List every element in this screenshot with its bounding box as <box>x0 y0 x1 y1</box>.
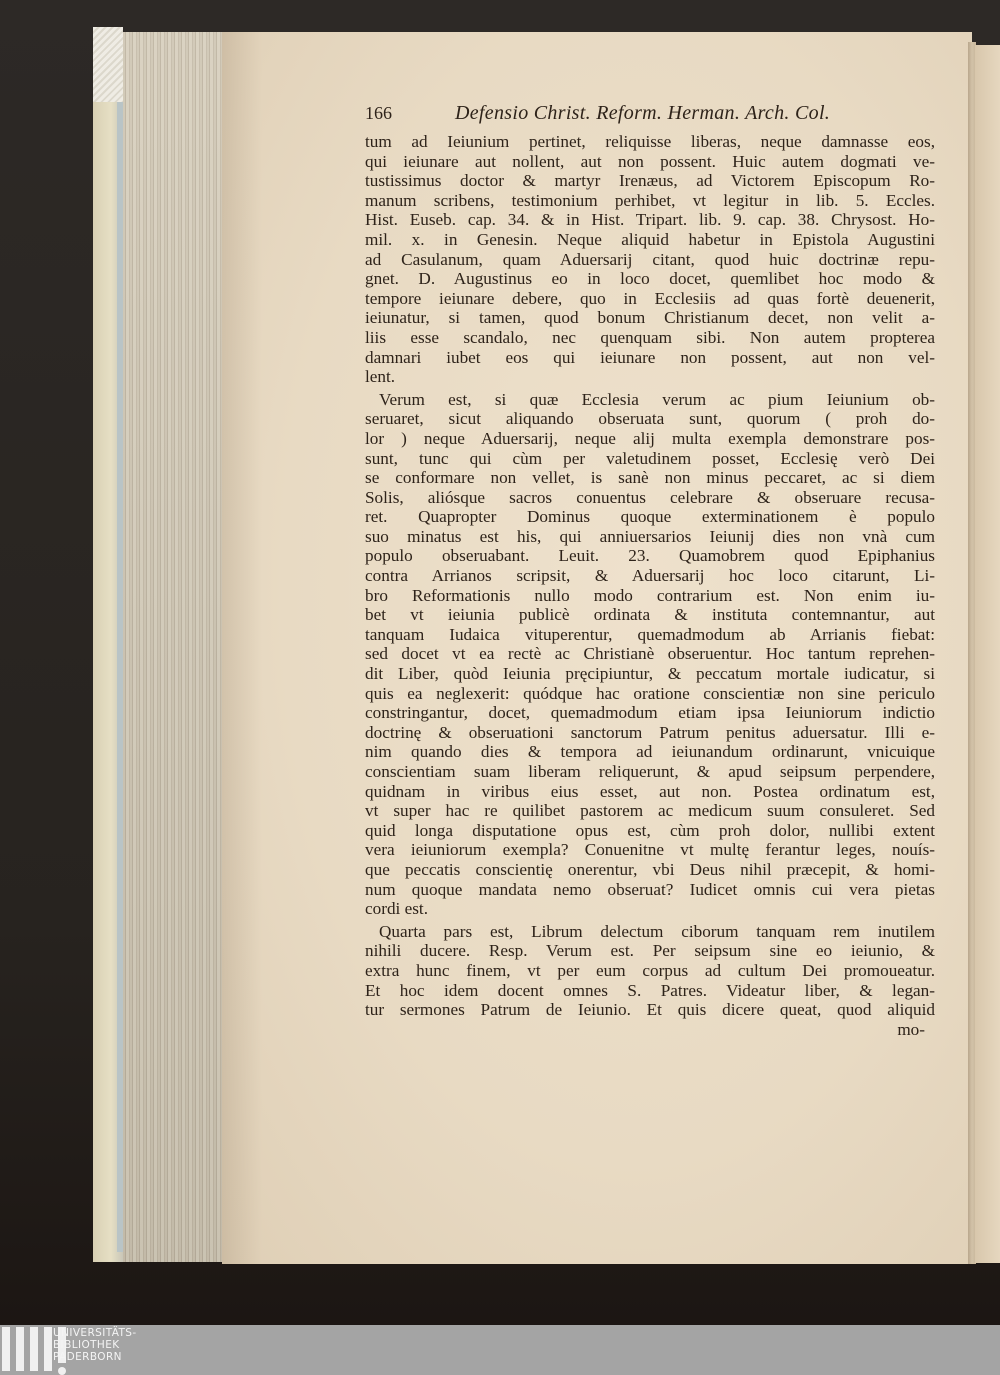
text-line: suo minatus est his, qui anniuersarios I… <box>365 527 935 547</box>
library-logo-text: UNIVERSITÄTS- BIBLIOTHEK PADERBORN <box>53 1327 137 1363</box>
catchword: mo- <box>365 1020 935 1040</box>
text-line: quis ea neglexerit: quódque hac oratione… <box>365 684 935 704</box>
page-text-block: 166 Defensio Christ. Reform. Herman. Arc… <box>365 104 935 1039</box>
text-line: nim quando dies & tempora ad ieiunandum … <box>365 742 935 762</box>
text-line: tempore ieiunare debere, quo in Ecclesii… <box>365 289 935 309</box>
text-line: Solis, aliósque sacros conuentus celebra… <box>365 488 935 508</box>
text-line: doctrinę & obseruationi sanctorum Patrum… <box>365 723 935 743</box>
text-line: conscientiam suam liberam reliquerunt, &… <box>365 762 935 782</box>
text-line: sunt, tunc qui cùm per valetudinem posse… <box>365 449 935 469</box>
text-line: cordi est. <box>365 899 935 919</box>
text-line: qui ieiunare aut nollent, aut non possen… <box>365 152 935 172</box>
logo-line-3: PADERBORN <box>53 1351 137 1363</box>
text-line: que peccatis conscientię onerentur, vbi … <box>365 860 935 880</box>
page-stack-edges <box>123 32 223 1262</box>
text-line: sed docet vt ea rectè ac Christianè obse… <box>365 644 935 664</box>
text-line: quid longa disputatione opus est, cùm pr… <box>365 821 935 841</box>
text-line: tur sermones Patrum de Ieiunio. Et quis … <box>365 1000 935 1020</box>
book-cover-edge <box>93 27 123 1262</box>
text-line: Verum est, si quæ Ecclesia verum ac pium… <box>365 390 935 410</box>
text-line: ad Casulanum, quam Aduersarij citant, qu… <box>365 250 935 270</box>
paragraph-1: tum ad Ieiunium pertinet, reliquisse lib… <box>365 132 935 387</box>
text-line: damnari iubet eos qui ieiunare non posse… <box>365 348 935 368</box>
text-line: vera ieiuniorum exempla? Conuenitne vt m… <box>365 840 935 860</box>
text-line: vt super hac re quilibet pastorem ac med… <box>365 801 935 821</box>
page-number: 166 <box>365 104 455 124</box>
text-line: num quoque mandata nemo obseruat? Iudice… <box>365 880 935 900</box>
text-line: Quarta pars est, Librum delectum ciborum… <box>365 922 935 942</box>
text-line: seruaret, sicut aliquando obseruata sunt… <box>365 409 935 429</box>
text-line: ret. Quapropter Dominus quoque extermina… <box>365 507 935 527</box>
text-line: bro Reformationis nullo modo contrarium … <box>365 586 935 606</box>
text-line: Hist. Euseb. cap. 34. & in Hist. Tripart… <box>365 210 935 230</box>
logo-line-1: UNIVERSITÄTS- <box>53 1327 137 1339</box>
text-line: quidnam in viribus eius esset, aut non. … <box>365 782 935 802</box>
text-line: Et hoc idem docent omnes S. Patres. Vide… <box>365 981 935 1001</box>
text-line: lor ) neque Aduersarij, neque alij multa… <box>365 429 935 449</box>
text-line: lent. <box>365 367 935 387</box>
text-line: dit Liber, quòd Ieiunia pręcipiuntur, & … <box>365 664 935 684</box>
text-line: liis esse scandalo, nec quenquam sibi. N… <box>365 328 935 348</box>
running-head-title: Defensio Christ. Reform. Herman. Arch. C… <box>455 104 830 124</box>
text-line: tustissimus doctor & martyr Irenæus, ad … <box>365 171 935 191</box>
text-line: populo obseruabant. Leuit. 23. Quamobrem… <box>365 546 935 566</box>
facing-page-edge <box>975 45 1000 1263</box>
cover-corner <box>93 27 123 102</box>
text-line: contra Arrianos scripsit, & Aduersarij h… <box>365 566 935 586</box>
text-line: gnet. D. Augustinus eo in loco docet, qu… <box>365 269 935 289</box>
text-line: bet vt ieiunia publicè ordinata & instit… <box>365 605 935 625</box>
text-line: mil. x. in Genesin. Neque aliquid habetu… <box>365 230 935 250</box>
text-line: ieiunatur, si tamen, quod bonum Christia… <box>365 308 935 328</box>
logo-line-2: BIBLIOTHEK <box>53 1339 137 1351</box>
text-line: se conformare non vellet, is sanè non mi… <box>365 468 935 488</box>
text-line: tum ad Ieiunium pertinet, reliquisse lib… <box>365 132 935 152</box>
text-line: tanquam Iudaica vituperentur, quemadmodu… <box>365 625 935 645</box>
footer-bar: UNIVERSITÄTS- BIBLIOTHEK PADERBORN <box>0 1325 1000 1375</box>
text-line: manum scribens, testimonium perhibet, vt… <box>365 191 935 211</box>
running-head: 166 Defensio Christ. Reform. Herman. Arc… <box>365 104 935 132</box>
paragraph-3: Quarta pars est, Librum delectum ciborum… <box>365 922 935 1020</box>
text-line: extra hunc finem, vt per eum corpus ad c… <box>365 961 935 981</box>
paragraph-2: Verum est, si quæ Ecclesia verum ac pium… <box>365 390 935 919</box>
text-line: nihili ducere. Resp. Verum est. Per seip… <box>365 941 935 961</box>
text-line: constringantur, docet, quemadmodum etiam… <box>365 703 935 723</box>
